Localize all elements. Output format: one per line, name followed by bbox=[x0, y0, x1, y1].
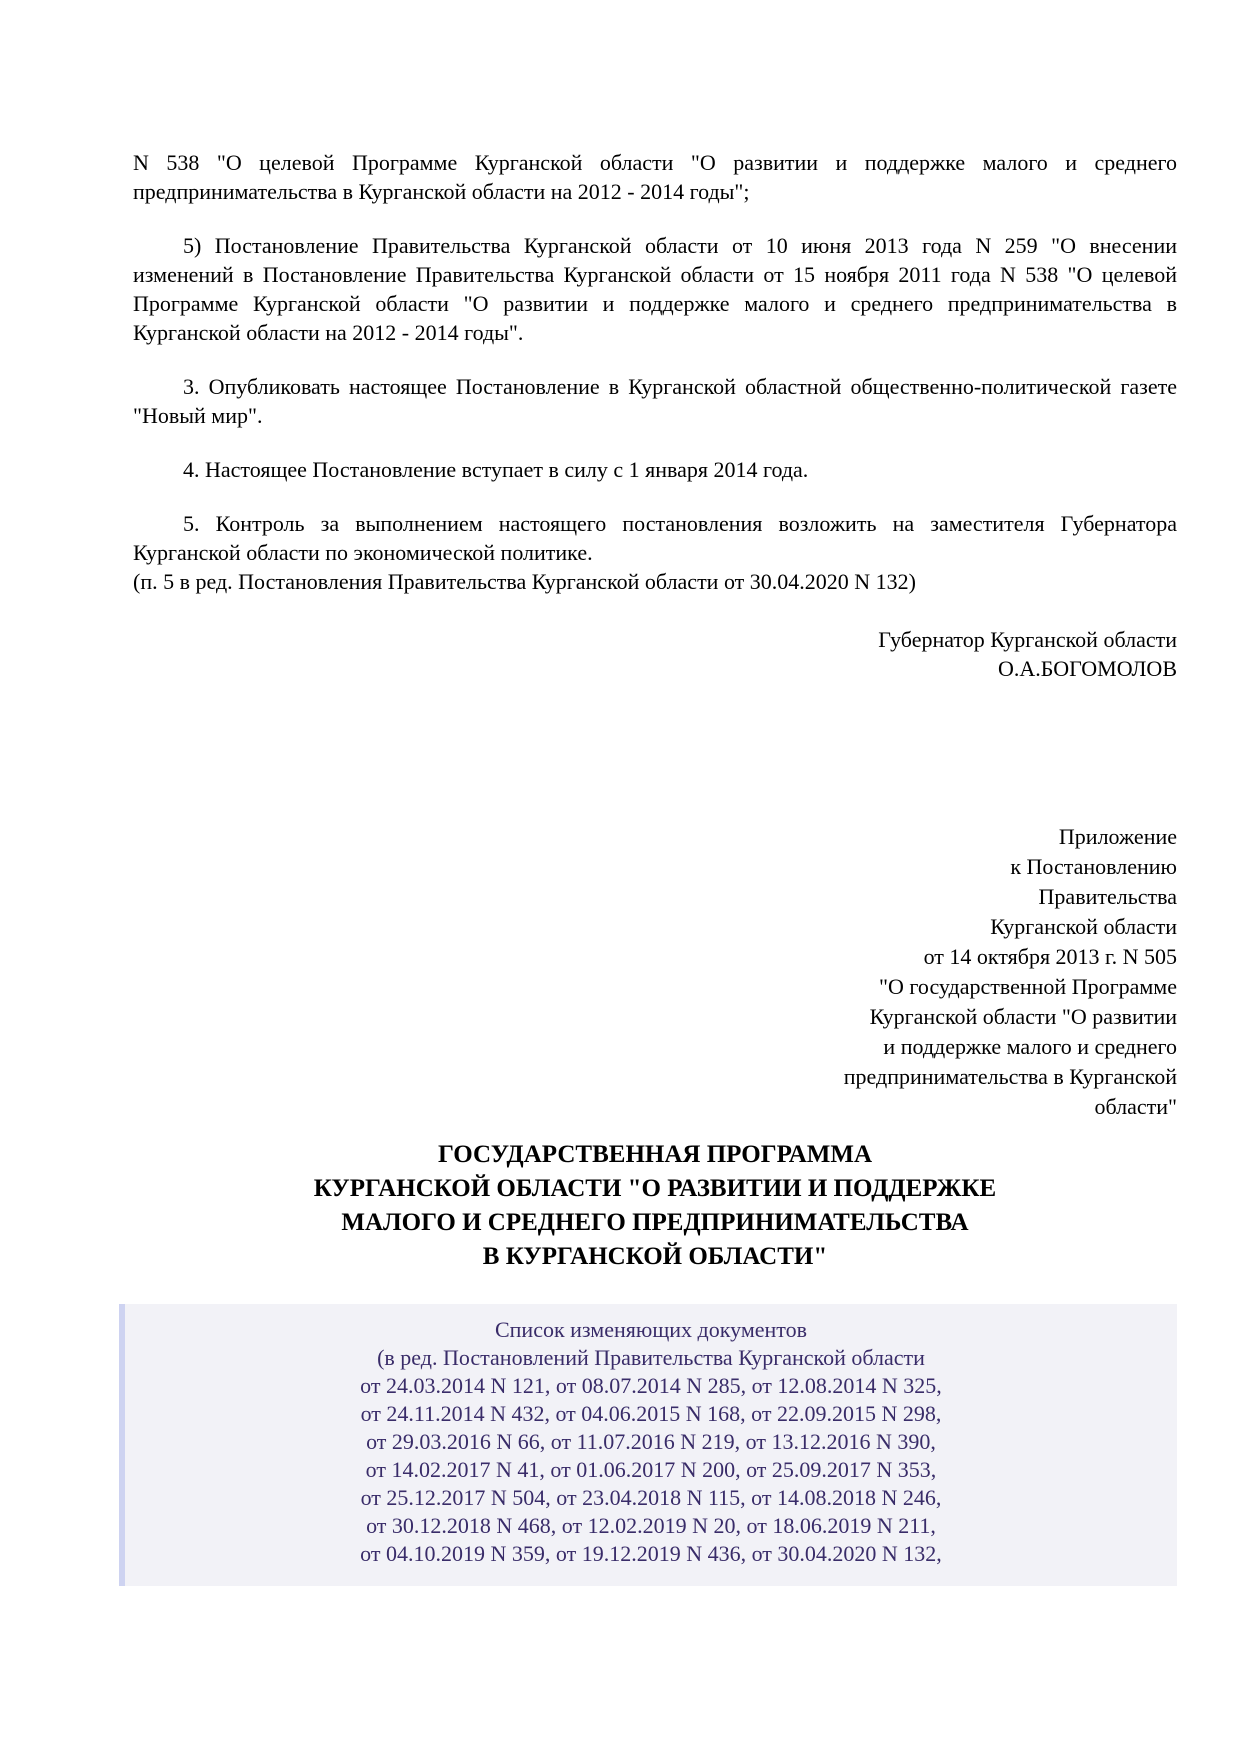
amendments-line: от 29.03.2016 N 66, от 11.07.2016 N 219,… bbox=[125, 1428, 1177, 1456]
amendments-line: от 25.12.2017 N 504, от 23.04.2018 N 115… bbox=[125, 1484, 1177, 1512]
appendix-line: Правительства bbox=[844, 882, 1177, 912]
program-title: ГОСУДАРСТВЕННАЯ ПРОГРАММА КУРГАНСКОЙ ОБЛ… bbox=[133, 1138, 1177, 1274]
title-line: ГОСУДАРСТВЕННАЯ ПРОГРАММА bbox=[133, 1138, 1177, 1172]
appendix-line: и поддержке малого и среднего bbox=[844, 1032, 1177, 1062]
paragraph-item-4: 4. Настоящее Постановление вступает в си… bbox=[133, 455, 1177, 484]
amendments-line: от 14.02.2017 N 41, от 01.06.2017 N 200,… bbox=[125, 1456, 1177, 1484]
title-line: МАЛОГО И СРЕДНЕГО ПРЕДПРИНИМАТЕЛЬСТВА bbox=[133, 1206, 1177, 1240]
signature-block: Губернатор Курганской области О.А.БОГОМО… bbox=[878, 625, 1177, 683]
amendments-line: (в ред. Постановлений Правительства Кург… bbox=[125, 1344, 1177, 1372]
amendments-line: от 24.11.2014 N 432, от 04.06.2015 N 168… bbox=[125, 1400, 1177, 1428]
appendix-line: к Постановлению bbox=[844, 852, 1177, 882]
appendix-line: Курганской области bbox=[844, 912, 1177, 942]
paragraph-item-5-note: (п. 5 в ред. Постановления Правительства… bbox=[133, 567, 1177, 596]
title-line: В КУРГАНСКОЙ ОБЛАСТИ" bbox=[133, 1240, 1177, 1274]
paragraph-item-5-sub: 5) Постановление Правительства Курганско… bbox=[133, 231, 1177, 347]
appendix-line: Курганской области "О развитии bbox=[844, 1002, 1177, 1032]
signature-position: Губернатор Курганской области bbox=[878, 625, 1177, 654]
appendix-line: предпринимательства в Курганской bbox=[844, 1062, 1177, 1092]
amendments-line: от 24.03.2014 N 121, от 08.07.2014 N 285… bbox=[125, 1372, 1177, 1400]
paragraph-continuation: N 538 "О целевой Программе Курганской об… bbox=[133, 148, 1177, 206]
amendments-heading: Список изменяющих документов bbox=[125, 1316, 1177, 1344]
appendix-header: Приложение к Постановлению Правительства… bbox=[844, 822, 1177, 1122]
appendix-line: Приложение bbox=[844, 822, 1177, 852]
appendix-line: "О государственной Программе bbox=[844, 972, 1177, 1002]
document-body: N 538 "О целевой Программе Курганской об… bbox=[133, 148, 1177, 596]
appendix-line: от 14 октября 2013 г. N 505 bbox=[844, 942, 1177, 972]
appendix-line: области" bbox=[844, 1092, 1177, 1122]
amendments-line: от 04.10.2019 N 359, от 19.12.2019 N 436… bbox=[125, 1540, 1177, 1568]
paragraph-item-3: 3. Опубликовать настоящее Постановление … bbox=[133, 372, 1177, 430]
amendments-box: Список изменяющих документов (в ред. Пос… bbox=[119, 1304, 1177, 1586]
amendments-line: от 30.12.2018 N 468, от 12.02.2019 N 20,… bbox=[125, 1512, 1177, 1540]
paragraph-item-5: 5. Контроль за выполнением настоящего по… bbox=[133, 509, 1177, 567]
title-line: КУРГАНСКОЙ ОБЛАСТИ "О РАЗВИТИИ И ПОДДЕРЖ… bbox=[133, 1172, 1177, 1206]
signature-name: О.А.БОГОМОЛОВ bbox=[878, 654, 1177, 683]
